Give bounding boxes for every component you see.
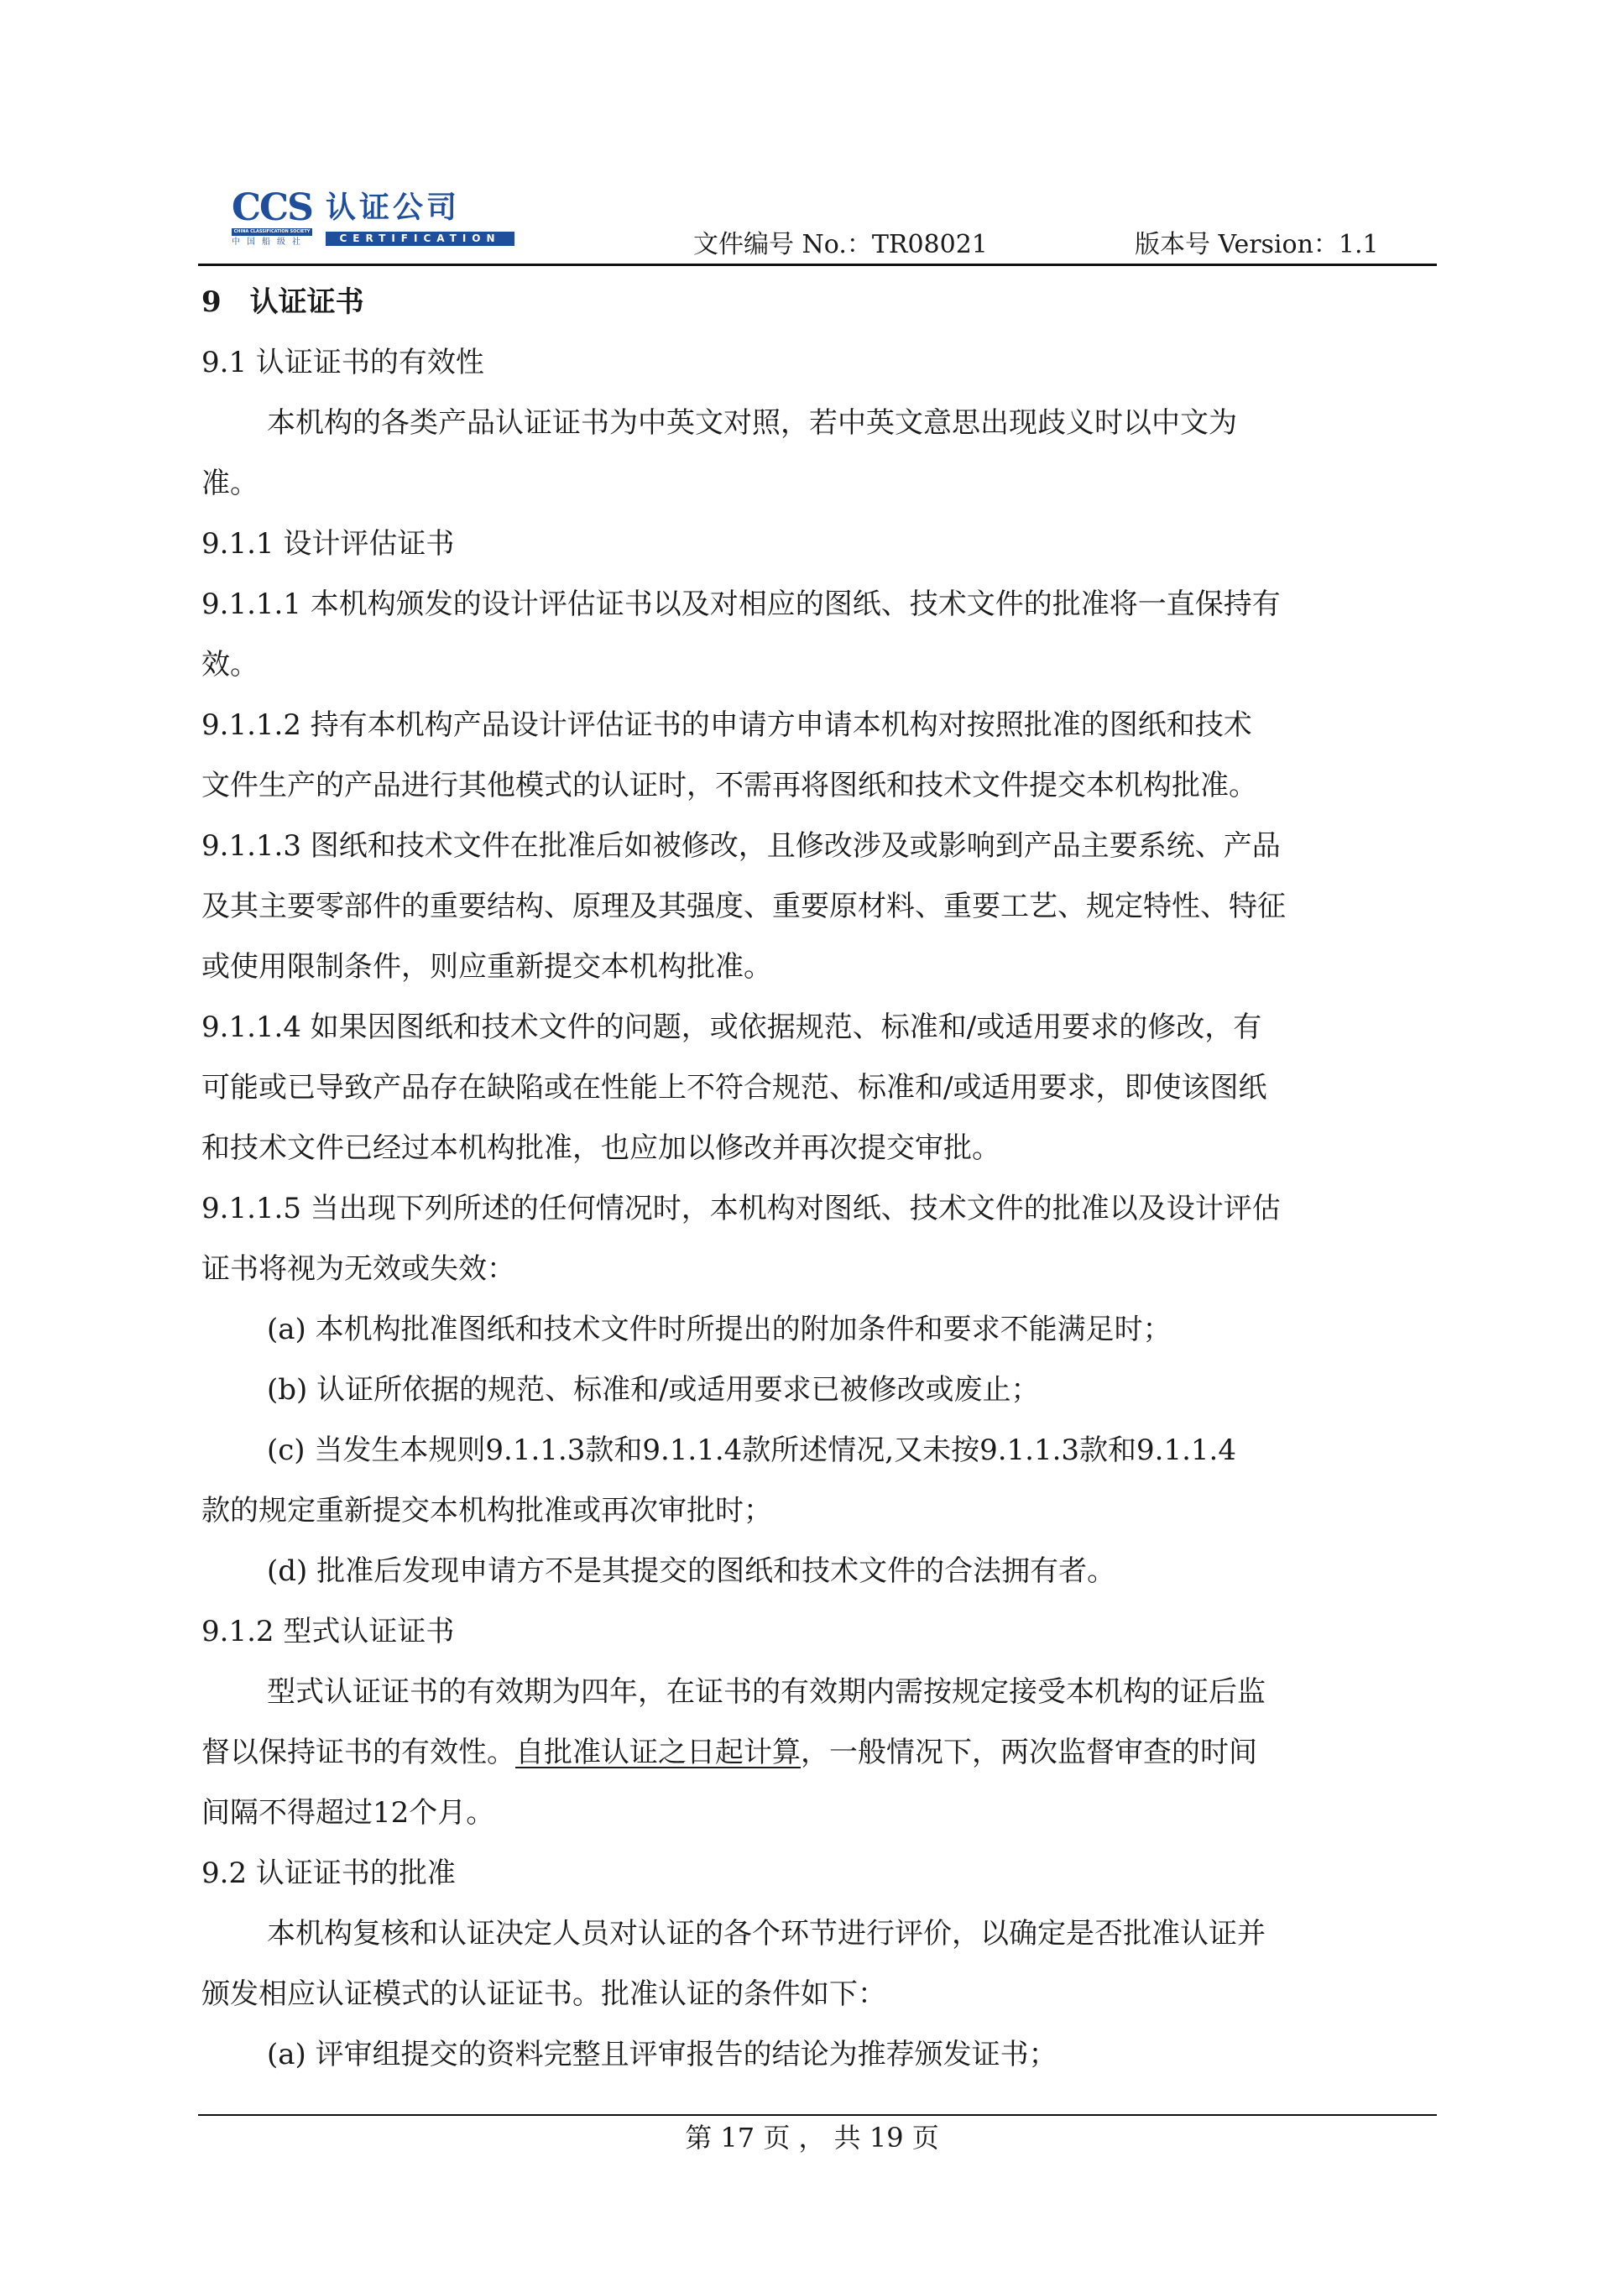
paragraph-line: 或使用限制条件，则应重新提交本机构批准。 [201, 950, 772, 984]
clause-9-1-1-5: 9.1.1.5 当出现下列所述的任何情况时，本机构对图纸、技术文件的批准以及设计… [201, 1192, 1281, 1225]
section-heading-9-1-1: 9.1.1 设计评估证书 [201, 527, 454, 561]
text-run: ，一般情况下，两次监督审查的时间 [801, 1736, 1257, 1769]
logo-company-cn: 认证公司 [326, 191, 460, 225]
paragraph-line: 款的规定重新提交本机构批准或再次审批时； [201, 1494, 772, 1528]
list-item-a: (a) 评审组提交的资料完整且评审报告的结论为推荐颁发证书； [267, 2038, 1057, 2071]
footer-divider [198, 2114, 1437, 2116]
list-item-a: (a) 本机构批准图纸和技术文件时所提出的附加条件和要求不能满足时； [267, 1313, 1172, 1346]
section-heading-9-2: 9.2 认证证书的批准 [201, 1857, 456, 1890]
clause-9-1-1-1: 9.1.1.1 本机构颁发的设计评估证书以及对相应的图纸、技术文件的批准将一直保… [201, 588, 1281, 621]
paragraph-line: 型式认证证书的有效期为四年，在证书的有效期内需按规定接受本机构的证后监 [267, 1675, 1266, 1709]
paragraph-line: 可能或已导致产品存在缺陷或在性能上不符合规范、标准和/或适用要求，即使该图纸 [201, 1071, 1266, 1105]
document-number: 文件编号 No.：TR08021 [693, 230, 988, 260]
page-number: 第 17 页 ， 共 19 页 [0, 2121, 1624, 2154]
section-heading-9: 9 认证证书 [201, 285, 364, 319]
paragraph-line: 本机构复核和认证决定人员对认证的各个环节进行评价，以确定是否批准认证并 [267, 1917, 1266, 1951]
header-divider [198, 264, 1437, 266]
document-page: CCS CHINA CLASSIFICATION SOCIETY 中国船级社 认… [0, 0, 1624, 2277]
list-item-c: (c) 当发生本规则9.1.1.3款和9.1.1.4款所述情况,又未按9.1.1… [267, 1434, 1236, 1467]
page-header: CCS CHINA CLASSIFICATION SOCIETY 中国船级社 认… [198, 185, 1437, 269]
logo-certification-band: CERTIFICATION [326, 232, 514, 246]
list-item-b: (b) 认证所依据的规范、标准和/或适用要求已被修改或废止； [267, 1373, 1040, 1407]
paragraph-line: 颁发相应认证模式的认证证书。批准认证的条件如下： [201, 1977, 886, 2011]
clause-9-1-1-2: 9.1.1.2 持有本机构产品设计评估证书的申请方申请本机构对按照批准的图纸和技… [201, 708, 1252, 742]
paragraph-line: 间隔不得超过12个月。 [201, 1796, 494, 1830]
clause-9-1-1-4: 9.1.1.4 如果因图纸和技术文件的问题，或依据规范、标准和/或适用要求的修改… [201, 1011, 1261, 1044]
paragraph-line: 及其主要零部件的重要结构、原理及其强度、重要原材料、重要工艺、规定特性、特征 [201, 890, 1286, 923]
logo-society-en: CHINA CLASSIFICATION SOCIETY [232, 228, 312, 236]
section-heading-9-1-2: 9.1.2 型式认证证书 [201, 1615, 454, 1648]
clause-9-1-1-3: 9.1.1.3 图纸和技术文件在批准后如被修改，且修改涉及或影响到产品主要系统、… [201, 829, 1281, 863]
ccs-certification-logo: CCS CHINA CLASSIFICATION SOCIETY 中国船级社 认… [232, 190, 517, 248]
document-version: 版本号 Version：1.1 [1135, 230, 1379, 260]
paragraph-line: 本机构的各类产品认证证书为中英文对照，若中英文意思出现歧义时以中文为 [267, 406, 1237, 440]
section-heading-9-1: 9.1 认证证书的有效性 [201, 346, 484, 379]
text-run: 督以保持证书的有效性。 [201, 1736, 515, 1769]
paragraph-line: 证书将视为无效或失效： [201, 1252, 515, 1286]
paragraph-line: 和技术文件已经过本机构批准，也应加以修改并再次提交审批。 [201, 1131, 1000, 1165]
paragraph-line: 效。 [201, 648, 258, 682]
list-item-d: (d) 批准后发现申请方不是其提交的图纸和技术文件的合法拥有者。 [267, 1554, 1115, 1588]
logo-society-cn: 中国船级社 [232, 238, 307, 248]
paragraph-line: 文件生产的产品进行其他模式的认证时，不需再将图纸和技术文件提交本机构批准。 [201, 769, 1257, 802]
paragraph-line-mixed: 督以保持证书的有效性。自批准认证之日起计算，一般情况下，两次监督审查的时间 [201, 1736, 1257, 1769]
underlined-text: 自批准认证之日起计算 [515, 1736, 801, 1769]
paragraph-line: 准。 [201, 467, 258, 500]
logo-ccs-wordmark: CCS [232, 190, 312, 227]
